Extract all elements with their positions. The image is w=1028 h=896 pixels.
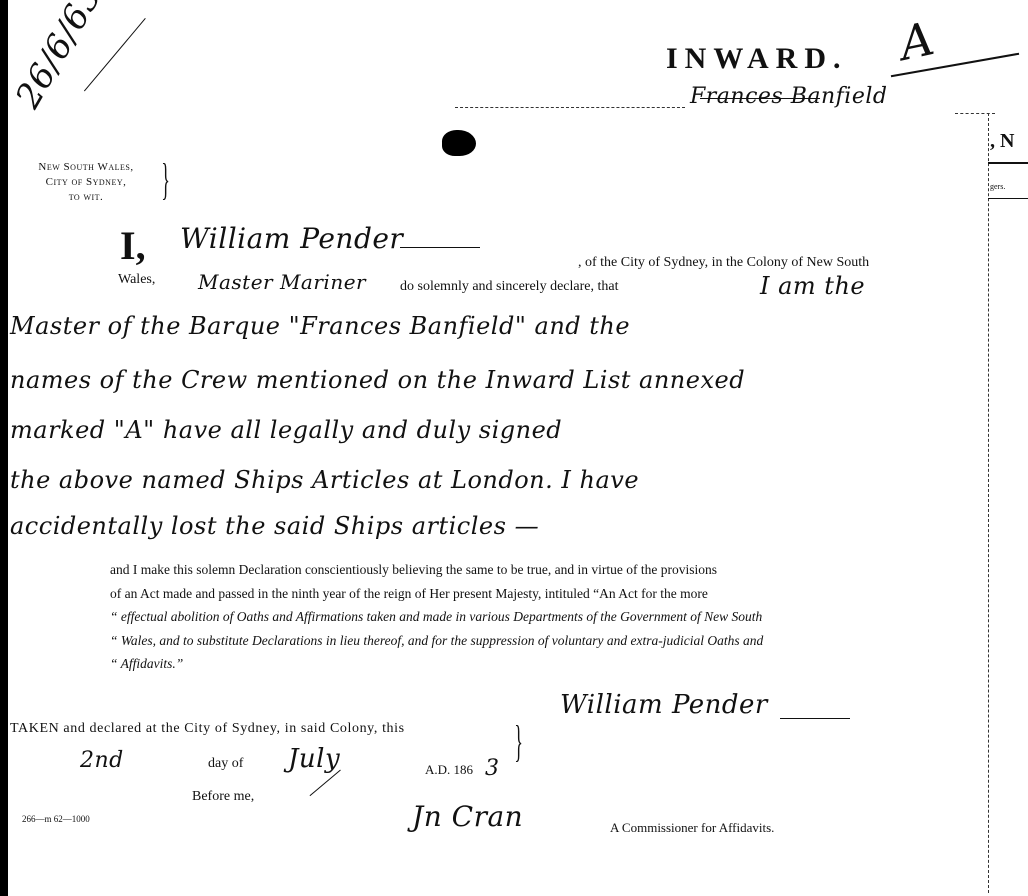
annotation-stroke — [84, 18, 146, 91]
jurisdiction-block: New South Wales, City of Sydney, to wit. — [18, 160, 154, 205]
jurat-brace: } — [514, 720, 522, 764]
edge-rule — [988, 162, 1028, 164]
form-title: INWARD. — [666, 42, 848, 76]
statute-paragraph: and I make this solemn Declaration consc… — [110, 558, 936, 676]
jurat-ad: A.D. 186 — [425, 762, 473, 778]
hand-line-4: the above named Ships Articles at London… — [10, 466, 639, 494]
hand-line-1: Master of the Barque "Frances Banfield" … — [10, 312, 630, 340]
top-left-annotation: 26/6/63 4/4 — [8, 0, 144, 115]
ship-name-rule — [700, 98, 820, 99]
jurat-taken-line: TAKEN and declared at the City of Sydney… — [10, 721, 405, 737]
ink-blot — [442, 130, 476, 156]
signature-flourish — [780, 718, 850, 719]
declarant-name: William Pender — [180, 222, 403, 255]
scan-edge — [0, 0, 8, 896]
hand-line-2: names of the Crew mentioned on the Inwar… — [10, 366, 745, 394]
commissioner-title: A Commissioner for Affidavits. — [610, 820, 774, 836]
corner-notation: A — [895, 11, 939, 71]
edge-small-text: gers. — [990, 182, 1005, 191]
jurisdiction-line-1: New South Wales, — [18, 160, 154, 175]
statute-line-1: and I make this solemn Declaration consc… — [110, 558, 936, 582]
declarant-signature: William Pender — [560, 690, 768, 720]
edge-fragment-text: , N — [990, 130, 1014, 153]
jurat-month: July — [288, 744, 340, 774]
title-rule — [455, 107, 685, 108]
sheet-edge-top — [955, 113, 995, 114]
jurisdiction-brace: } — [161, 158, 169, 202]
printed-city-text: , of the City of Sydney, in the Colony o… — [578, 255, 869, 271]
commissioner-signature: Jn Cran — [412, 800, 523, 833]
sheet-edge-right — [988, 113, 989, 893]
hand-line-5: accidentally lost the said Ships article… — [10, 512, 539, 540]
edge-rule-2 — [988, 198, 1028, 199]
jurisdiction-line-2: City of Sydney, — [18, 175, 154, 190]
statute-line-5: “ Affidavits.” — [110, 652, 936, 676]
hand-line-3: marked "A" have all legally and duly sig… — [10, 416, 562, 444]
declaration-pronoun: I, — [120, 222, 146, 269]
printed-wales: Wales, — [118, 272, 155, 288]
hand-line-0: I am the — [760, 272, 865, 300]
name-flourish — [400, 247, 480, 248]
printed-declare: do solemnly and sincerely declare, that — [400, 279, 618, 295]
jurat-before-me: Before me, — [192, 789, 254, 805]
occupation: Master Mariner — [198, 270, 366, 294]
jurisdiction-line-3: to wit. — [18, 190, 154, 205]
jurat-year-digit: 3 — [485, 756, 500, 781]
statute-line-3: “ effectual abolition of Oaths and Affir… — [110, 605, 936, 629]
jurat-day-of: day of — [208, 756, 243, 772]
ship-name-header: Frances Banfield — [690, 84, 887, 109]
jurat-day: 2nd — [80, 748, 124, 773]
statute-line-2: of an Act made and passed in the ninth y… — [110, 582, 936, 606]
statute-line-4: “ Wales, and to substitute Declarations … — [110, 629, 936, 653]
form-number: 266—m 62—1000 — [22, 814, 90, 824]
